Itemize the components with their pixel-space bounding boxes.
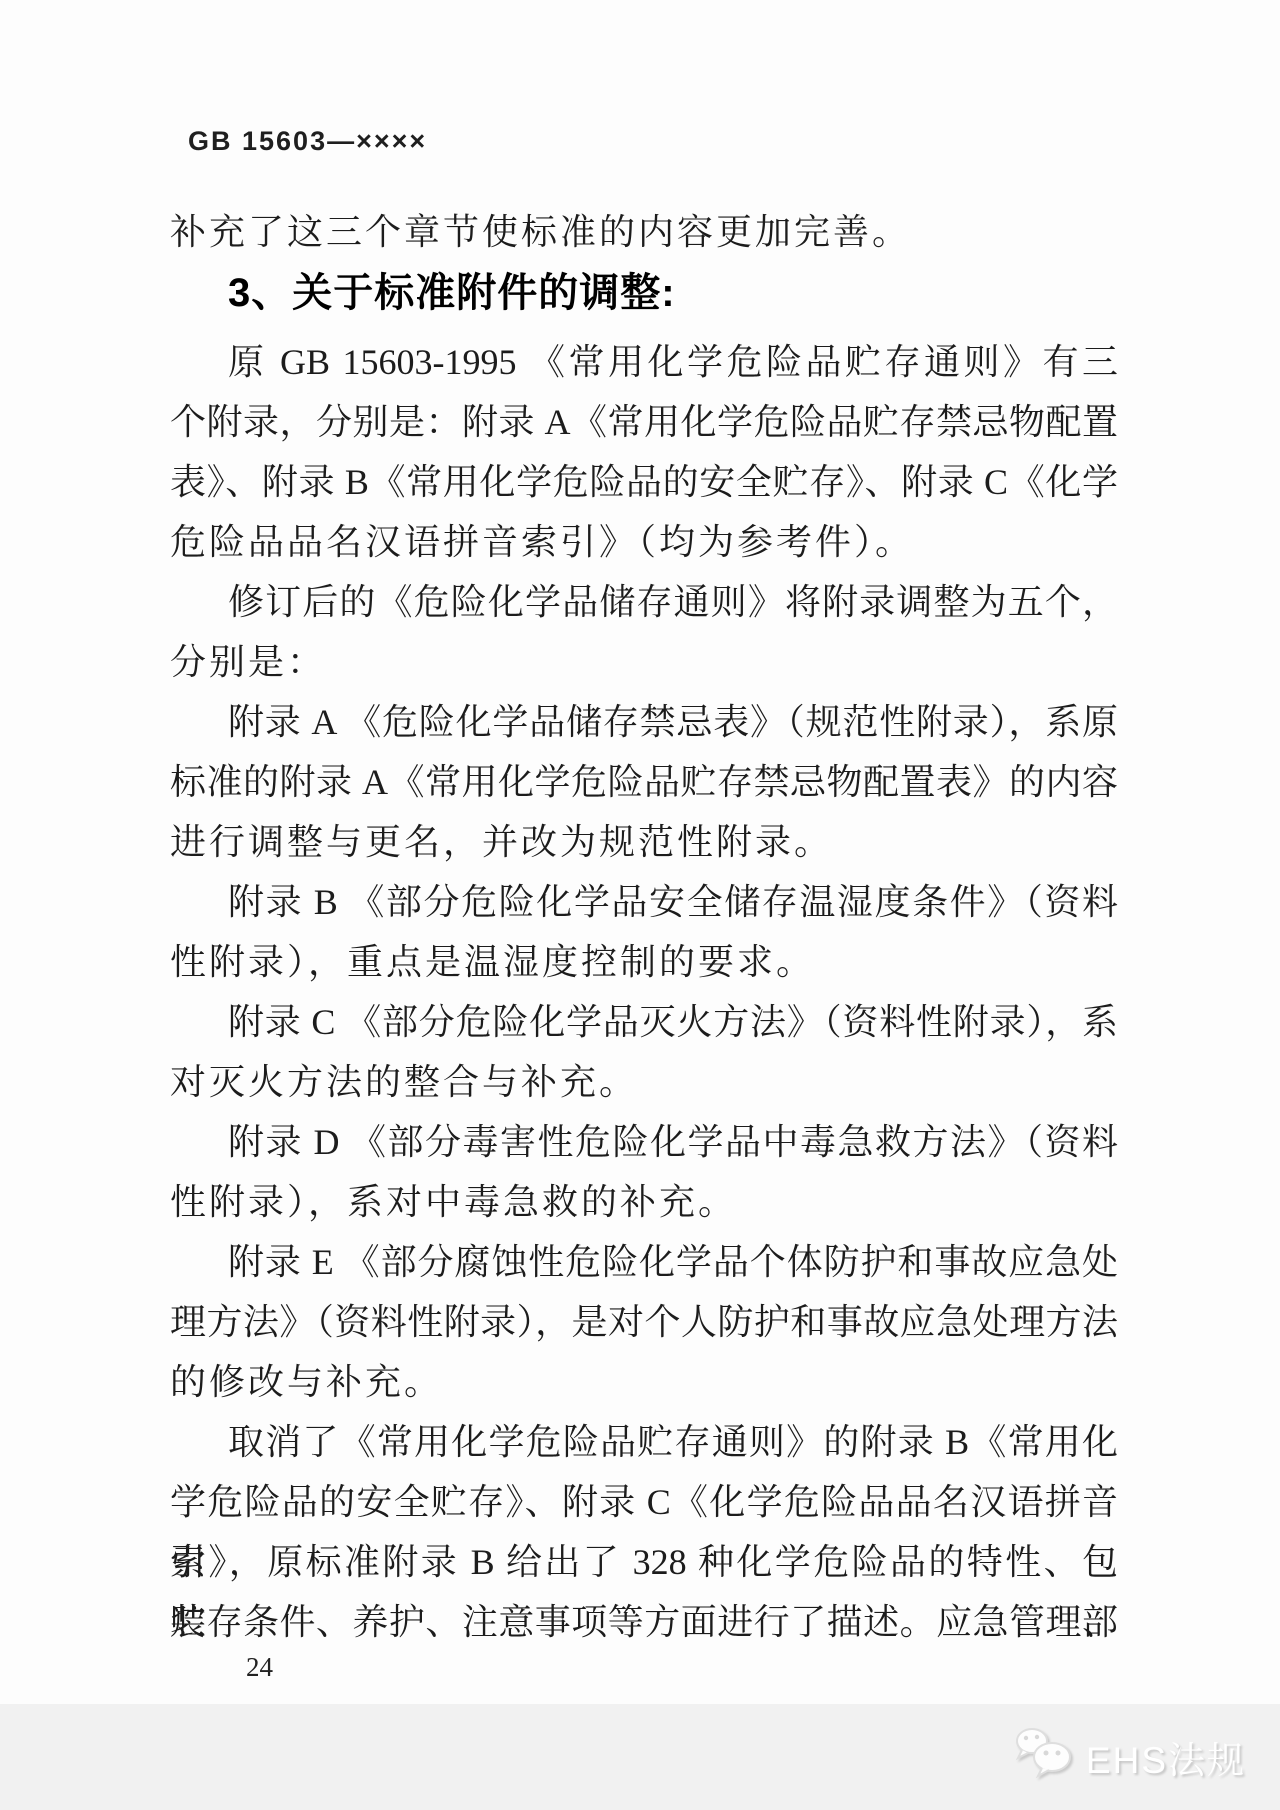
- text-line: 修订后的《危险化学品储存通则》将附录调整为五个，: [170, 572, 1118, 632]
- text-line: 附录 C 《部分危险化学品灭火方法》（资料性附录），系: [170, 992, 1118, 1052]
- text-line: 附录 D 《部分毒害性危险化学品中毒急救方法》（资料: [170, 1112, 1118, 1172]
- text-line: 引》，原标准附录 B 给出了 328 种化学危险品的特性、包装、: [170, 1532, 1118, 1592]
- text-line: 标准的附录 A《常用化学危险品贮存禁忌物配置表》的内容: [170, 752, 1118, 812]
- text-line: 分别是：: [170, 632, 1118, 692]
- footer-band: EHS法规: [0, 1704, 1280, 1810]
- page-number: 24: [246, 1652, 273, 1683]
- text-line: 补充了这三个章节使标准的内容更加完善。: [170, 202, 1118, 262]
- text-line: 对灭火方法的整合与补充。: [170, 1052, 1118, 1112]
- text-line: 附录 B 《部分危险化学品安全储存温湿度条件》（资料: [170, 872, 1118, 932]
- text-line: 表》、附录 B《常用化学危险品的安全贮存》、附录 C《化学: [170, 452, 1118, 512]
- text-line: 取消了《常用化学危险品贮存通则》的附录 B《常用化: [170, 1412, 1118, 1472]
- text-line: 个附录，分别是：附录 A《常用化学危险品贮存禁忌物配置: [170, 392, 1118, 452]
- text-line: 性附录），重点是温湿度控制的要求。: [170, 932, 1118, 992]
- text-line: 贮存条件、养护、注意事项等方面进行了描述。应急管理部: [170, 1592, 1118, 1652]
- text-line: 理方法》（资料性附录），是对个人防护和事故应急处理方法: [170, 1292, 1118, 1352]
- section-heading: 3、关于标准附件的调整:: [170, 262, 1118, 324]
- doc-code-header: GB 15603—××××: [188, 126, 427, 157]
- brand-text: EHS法规: [1086, 1730, 1246, 1784]
- text-line: 进行调整与更名，并改为规范性附录。: [170, 812, 1118, 872]
- text-line: 原 GB 15603-1995 《常用化学危险品贮存通则》有三: [170, 332, 1118, 392]
- text-line: 附录 E 《部分腐蚀性危险化学品个体防护和事故应急处: [170, 1232, 1118, 1292]
- brand-watermark: EHS法规: [1012, 1724, 1246, 1789]
- text-line: 学危险品的安全贮存》、附录 C《化学危险品品名汉语拼音索: [170, 1472, 1118, 1532]
- text-line: 性附录），系对中毒急救的补充。: [170, 1172, 1118, 1232]
- text-line: 危险品品名汉语拼音索引》（均为参考件）。: [170, 512, 1118, 572]
- wechat-icon: [1012, 1724, 1076, 1789]
- paragraph-lines: 原 GB 15603-1995 《常用化学危险品贮存通则》有三个附录，分别是：附…: [170, 332, 1118, 1652]
- text-line: 附录 A 《危险化学品储存禁忌表》（规范性附录），系原: [170, 692, 1118, 752]
- text-line: 的修改与补充。: [170, 1352, 1118, 1412]
- document-body: 补充了这三个章节使标准的内容更加完善。 3、关于标准附件的调整: 原 GB 15…: [170, 202, 1118, 1652]
